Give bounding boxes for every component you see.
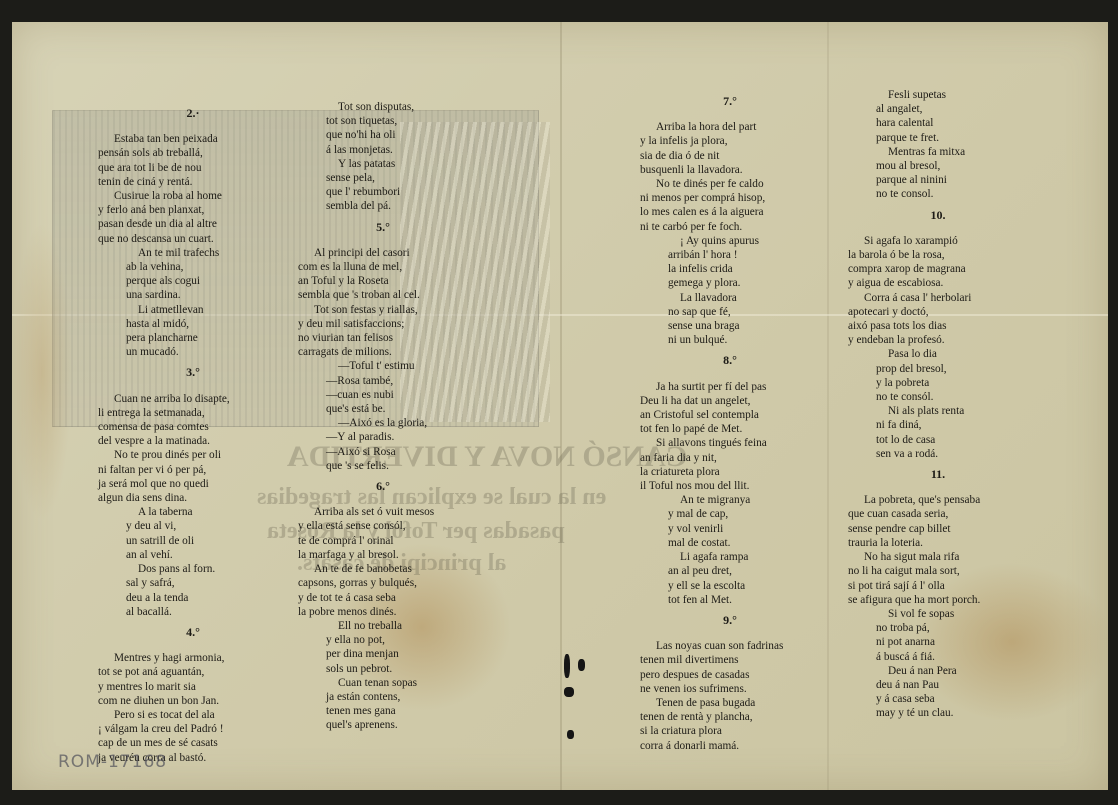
verse-line: Tot son disputas, <box>298 100 468 114</box>
verse-line: no sap que fé, <box>640 305 820 319</box>
verse-line: sense pela, <box>298 171 468 185</box>
verse-line: Cuan ne arriba lo disapte, <box>98 392 288 406</box>
stanza-number: 11. <box>848 467 1028 481</box>
verse-line: Si agafa lo xarampió <box>848 234 1028 248</box>
verse-line: perque als cogui <box>98 274 288 288</box>
stanza-lines: Al principi del casoricom es la lluna de… <box>298 246 468 473</box>
verse-line: ja será mol que no quedi <box>98 477 288 491</box>
verse-line: An te de fe banobetas <box>298 562 468 576</box>
verse-line: Li atmetllevan <box>98 303 288 317</box>
verse-line: no li ha caigut mala sort, <box>848 564 1028 578</box>
verse-line: la infelis crida <box>640 262 820 276</box>
verse-line: prop del bresol, <box>848 362 1028 376</box>
text-column-2: Tot son disputas,tot son tiquetas,que no… <box>298 100 468 733</box>
verse-line: an al peu dret, <box>640 564 820 578</box>
stanza-lines: Mentres y hagi armonia,tot se pot aná ag… <box>98 651 288 765</box>
verse-line: y deu mil satisfaccions; <box>298 317 468 331</box>
verse-line: que ara tot li be de nou <box>98 161 288 175</box>
verse-line: lo mes calen es á la aiguera <box>640 205 820 219</box>
verse-line: no troba pá, <box>848 621 1028 635</box>
stanza-lines: Estaba tan ben peixadapensán sols ab tre… <box>98 132 288 359</box>
edge-stain <box>12 222 72 522</box>
stanza-number: 10. <box>848 208 1028 222</box>
verse-line: un mucadó. <box>98 345 288 359</box>
verse-line: sembla que 's troban al cel. <box>298 288 468 302</box>
verse-line: La llavadora <box>640 291 820 305</box>
stanza-lines: Tot son disputas,tot son tiquetas,que no… <box>298 100 468 214</box>
verse-line: No te dinés per fe caldo <box>640 177 820 191</box>
verse-line: Ell no treballa <box>298 619 468 633</box>
verse-line: se afigura que ha mort porch. <box>848 593 1028 607</box>
verse-line: per dina menjan <box>298 647 468 661</box>
verse-line: compra xarop de magrana <box>848 262 1028 276</box>
verse-line: y vol venirli <box>640 522 820 536</box>
verse-line: Cuan tenan sopas <box>298 676 468 690</box>
verse-line: y la infelis ja plora, <box>640 134 820 148</box>
verse-line: sembla del pá. <box>298 199 468 213</box>
stanza-lines: Fesli supetasal angalet,hara calentalpar… <box>848 88 1028 202</box>
verse-line: si pot tirá sají á l' olla <box>848 579 1028 593</box>
verse-line: arribán l' hora ! <box>640 248 820 262</box>
verse-line: gemega y plora. <box>640 276 820 290</box>
verse-line: il Toful nos mou del llit. <box>640 479 820 493</box>
verse-line: ¡ Ay quins apurus <box>640 234 820 248</box>
verse-line: Pasa lo dia <box>848 347 1028 361</box>
verse-line: que 's se felis. <box>298 459 468 473</box>
verse-line: —Y al paradis. <box>298 430 468 444</box>
verse-line: que no'hi ha oli <box>298 128 468 142</box>
verse-line: que cuan casada seria, <box>848 507 1028 521</box>
verse-line: ni pot anarna <box>848 635 1028 649</box>
verse-line: y ella está sense consól, <box>298 519 468 533</box>
verse-line: Pero si es tocat del ala <box>98 708 288 722</box>
stanza-lines: Arriba als set ó vuit mesosy ella está s… <box>298 505 468 732</box>
verse-line: Tenen de pasa bugada <box>640 696 820 710</box>
verse-line: ni faltan per vi ó per pá, <box>98 463 288 477</box>
verse-line: que l' rebumbori <box>298 185 468 199</box>
stanza: 5.° Al principi del casoricom es la llun… <box>298 220 468 473</box>
stanza-lines: Ja ha surtit per fí del pasDeu li ha dat… <box>640 380 820 607</box>
verse-line: del vespre a la matinada. <box>98 434 288 448</box>
verse-line: No te prou dinés per oli <box>98 448 288 462</box>
verse-line: sols un pebrot. <box>298 662 468 676</box>
verse-line: pensán sols ab treballá, <box>98 146 288 160</box>
ink-blot <box>567 730 574 739</box>
verse-line: No ha sigut mala rifa <box>848 550 1028 564</box>
verse-line: an al vehí. <box>98 548 288 562</box>
text-column-1: 2.· Estaba tan ben peixadapensán sols ab… <box>98 100 288 765</box>
stanza-lines: Si agafa lo xarampióla barola ó be la ro… <box>848 234 1028 461</box>
verse-line: á buscá á fiá. <box>848 650 1028 664</box>
verse-line: si la criatura plora <box>640 724 820 738</box>
stanza-lines: Cuan ne arriba lo disapte,li entrega la … <box>98 392 288 619</box>
verse-line: tenin de ciná y rentá. <box>98 175 288 189</box>
verse-line: y mal de cap, <box>640 507 820 521</box>
verse-line: li entrega la setmanada, <box>98 406 288 420</box>
verse-line: no viurian tan felisos <box>298 331 468 345</box>
verse-line: sal y safrá, <box>98 576 288 590</box>
verse-line: busquenli la llavadora. <box>640 163 820 177</box>
verse-line: no te consól. <box>848 390 1028 404</box>
verse-line: Ni als plats renta <box>848 404 1028 418</box>
stanza: 11. La pobreta, que's pensabaque cuan ca… <box>848 467 1028 720</box>
verse-line: pasan desde un dia al altre <box>98 217 288 231</box>
text-column-4: Fesli supetasal angalet,hara calentalpar… <box>848 88 1028 721</box>
verse-line: capsons, gorras y bulqués, <box>298 576 468 590</box>
verse-line: comensa de pasa comtes <box>98 420 288 434</box>
verse-line: Si vol fe sopas <box>848 607 1028 621</box>
verse-line: carragats de milions. <box>298 345 468 359</box>
verse-line: á las monjetas. <box>298 143 468 157</box>
verse-line: y mentres lo marit sia <box>98 680 288 694</box>
verse-line: Al principi del casori <box>298 246 468 260</box>
stanza-number: 6.° <box>298 479 468 493</box>
verse-line: tot son tiquetas, <box>298 114 468 128</box>
verse-line: ¡ válgam la creu del Padró ! <box>98 722 288 736</box>
verse-line: ni un bulqué. <box>640 333 820 347</box>
verse-line: y ell se la escolta <box>640 579 820 593</box>
verse-line: y la pobreta <box>848 376 1028 390</box>
verse-line: ni te carbó per fe foch. <box>640 220 820 234</box>
verse-line: Ja ha surtit per fí del pas <box>640 380 820 394</box>
stanza-number: 7.° <box>640 94 820 108</box>
verse-line: Arriba la hora del part <box>640 120 820 134</box>
verse-line: corra á donarli mamá. <box>640 739 820 753</box>
verse-line: An te migranya <box>640 493 820 507</box>
stanza: 2.· Estaba tan ben peixadapensán sols ab… <box>98 106 288 359</box>
verse-line: Li agafa rampa <box>640 550 820 564</box>
stanza-number: 9.° <box>640 613 820 627</box>
ink-blot <box>578 659 585 671</box>
verse-line: Arriba als set ó vuit mesos <box>298 505 468 519</box>
verse-line: an Toful y la Roseta <box>298 274 468 288</box>
fold-line <box>827 22 829 790</box>
stanza: 7.° Arriba la hora del party la infelis … <box>640 94 820 347</box>
verse-line: y de tot te á casa seba <box>298 591 468 605</box>
verse-line: ni menos per comprá hisop, <box>640 191 820 205</box>
verse-line: La pobreta, que's pensaba <box>848 493 1028 507</box>
verse-line: y ferlo aná ben planxat, <box>98 203 288 217</box>
archive-stamp: ROM-17168 <box>58 752 167 772</box>
stanza-number: 2.· <box>98 106 288 120</box>
verse-line: al angalet, <box>848 102 1028 116</box>
stanza-lines: Las noyas cuan son fadrinastenen mil div… <box>640 639 820 753</box>
stanza-number: 4.° <box>98 625 288 639</box>
verse-line: Dos pans al forn. <box>98 562 288 576</box>
verse-line: apotecari y doctó, <box>848 305 1028 319</box>
verse-line: Deu á nan Pera <box>848 664 1028 678</box>
verse-line: Si allavons tingués feina <box>640 436 820 450</box>
verse-line: sense una braga <box>640 319 820 333</box>
verse-line: la marfaga y al bresol. <box>298 548 468 562</box>
verse-line: tenen mil divertimens <box>640 653 820 667</box>
verse-line: an faria dia y nit, <box>640 451 820 465</box>
verse-line: mal de costat. <box>640 536 820 550</box>
stanza: 3.° Cuan ne arriba lo disapte,li entrega… <box>98 365 288 618</box>
verse-line: un satrill de oli <box>98 534 288 548</box>
verse-line: y endeban la profesó. <box>848 333 1028 347</box>
verse-line: que's está be. <box>298 402 468 416</box>
verse-line: ni fa diná, <box>848 418 1028 432</box>
verse-line: pero despues de casadas <box>640 668 820 682</box>
verse-line: ab la vehina, <box>98 260 288 274</box>
stanza: 4.° Mentres y hagi armonia,tot se pot an… <box>98 625 288 765</box>
verse-line: tenen de rentà y plancha, <box>640 710 820 724</box>
verse-line: mou al bresol, <box>848 159 1028 173</box>
verse-line: An te mil trafechs <box>98 246 288 260</box>
verse-line: an Cristoful sel contempla <box>640 408 820 422</box>
verse-line: Deu li ha dat un angelet, <box>640 394 820 408</box>
verse-line: la barola ó be la rosa, <box>848 248 1028 262</box>
verse-line: Estaba tan ben peixada <box>98 132 288 146</box>
verse-line: hara calental <box>848 116 1028 130</box>
verse-line: Cusirue la roba al home <box>98 189 288 203</box>
stanza: 8.° Ja ha surtit per fí del pasDeu li ha… <box>640 353 820 606</box>
ink-blot <box>564 687 574 697</box>
verse-line: sense pendre cap billet <box>848 522 1028 536</box>
verse-line: parque al ninini <box>848 173 1028 187</box>
verse-line: Mentras fa mitxa <box>848 145 1028 159</box>
verse-line: Y las patatas <box>298 157 468 171</box>
stanza: Fesli supetasal angalet,hara calentalpar… <box>848 88 1028 202</box>
verse-line: tot se pot aná aguantán, <box>98 665 288 679</box>
verse-line: com ne diuhen un bon Jan. <box>98 694 288 708</box>
verse-line: algun dia sens dina. <box>98 491 288 505</box>
verse-line: —Aixó si Rosa <box>298 445 468 459</box>
verse-line: aixó pasa tots los dias <box>848 319 1028 333</box>
stanza-number: 3.° <box>98 365 288 379</box>
verse-line: Mentres y hagi armonia, <box>98 651 288 665</box>
verse-line: cap de un mes de sé casats <box>98 736 288 750</box>
verse-line: tot lo de casa <box>848 433 1028 447</box>
verse-line: ja están contens, <box>298 690 468 704</box>
verse-line: y ella no pot, <box>298 633 468 647</box>
verse-line: Las noyas cuan son fadrinas <box>640 639 820 653</box>
stanza: 6.° Arriba als set ó vuit mesosy ella es… <box>298 479 468 732</box>
verse-line: al bacallá. <box>98 605 288 619</box>
verse-line: la criatureta plora <box>640 465 820 479</box>
verse-line: tenen mes gana <box>298 704 468 718</box>
verse-line: —Rosa també, <box>298 374 468 388</box>
verse-line: la pobre menos dinés. <box>298 605 468 619</box>
verse-line: tot fen lo papé de Met. <box>640 422 820 436</box>
stanza-number: 5.° <box>298 220 468 234</box>
verse-line: Tot son festas y riallas, <box>298 303 468 317</box>
verse-line: may y té un clau. <box>848 706 1028 720</box>
verse-line: tot fen al Met. <box>640 593 820 607</box>
verse-line: pera plancharne <box>98 331 288 345</box>
verse-line: trauria la loteria. <box>848 536 1028 550</box>
stanza: Tot son disputas,tot son tiquetas,que no… <box>298 100 468 214</box>
verse-line: y á casa seba <box>848 692 1028 706</box>
verse-line: y deu al vi, <box>98 519 288 533</box>
stanza-number: 8.° <box>640 353 820 367</box>
verse-line: Corra á casa l' herbolari <box>848 291 1028 305</box>
verse-line: hasta al midó, <box>98 317 288 331</box>
verse-line: sia de dia ó de nit <box>640 149 820 163</box>
verse-line: deu a la tenda <box>98 591 288 605</box>
verse-line: —cuan es nubi <box>298 388 468 402</box>
verse-line: que no descansa un cuart. <box>98 232 288 246</box>
stanza: 10. Si agafa lo xarampióla barola ó be l… <box>848 208 1028 461</box>
verse-line: ne venen ios sufrimens. <box>640 682 820 696</box>
verse-line: —Toful t' estimu <box>298 359 468 373</box>
verse-line: quel's aprenens. <box>298 718 468 732</box>
verse-line: sen va a rodá. <box>848 447 1028 461</box>
verse-line: A la taberna <box>98 505 288 519</box>
verse-line: parque te fret. <box>848 131 1028 145</box>
stanza-lines: Arriba la hora del party la infelis ja p… <box>640 120 820 347</box>
verse-line: no te consol. <box>848 187 1028 201</box>
text-column-3: 7.° Arriba la hora del party la infelis … <box>640 88 820 753</box>
center-fold <box>560 22 562 790</box>
verse-line: Fesli supetas <box>848 88 1028 102</box>
ink-blot <box>564 654 570 678</box>
verse-line: una sardina. <box>98 288 288 302</box>
stanza: 9.° Las noyas cuan son fadrinastenen mil… <box>640 613 820 753</box>
verse-line: com es la lluna de mel, <box>298 260 468 274</box>
verse-line: y aigua de escabiosa. <box>848 276 1028 290</box>
verse-line: te de comprá l' orinal <box>298 534 468 548</box>
stanza-lines: La pobreta, que's pensabaque cuan casada… <box>848 493 1028 720</box>
verse-line: —Aixó es la gloria, <box>298 416 468 430</box>
verse-line: deu á nan Pau <box>848 678 1028 692</box>
